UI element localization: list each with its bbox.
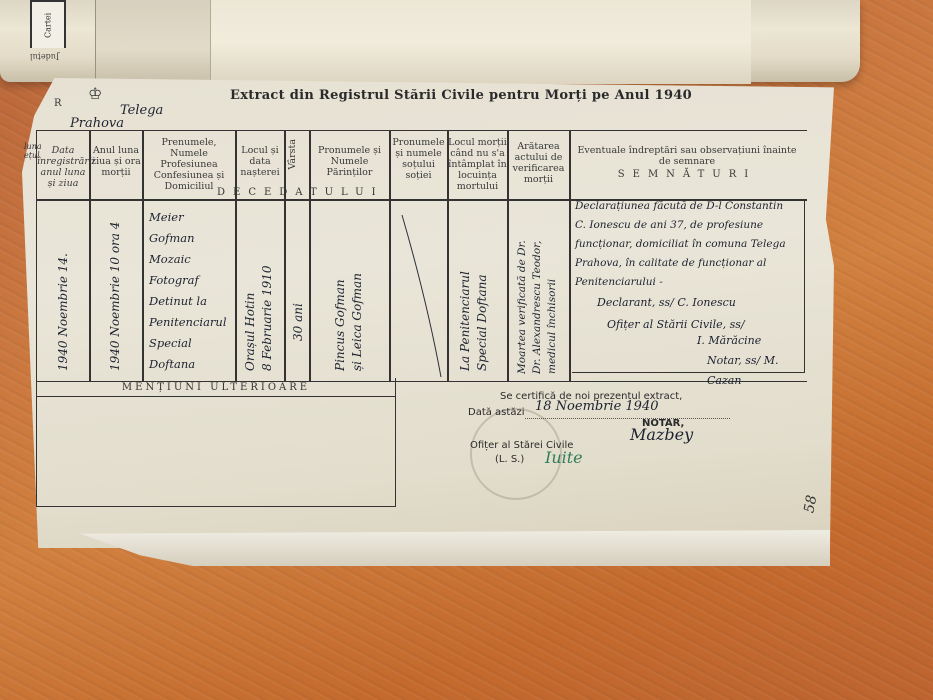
date-dotted-line xyxy=(525,418,730,419)
coat-of-arms-icon: ♔ xyxy=(88,84,102,103)
certification-date-label: Dată astăzi xyxy=(468,407,524,418)
col-header-observations: Eventuale îndreptări sau observațiuni în… xyxy=(577,145,797,167)
col-header-age: Vârsta xyxy=(287,139,298,170)
entry-death-verification: Moartea verificată de Dr. Dr. Alexandres… xyxy=(515,209,560,374)
col-header-name-profession: Prenumele, Numele Profesiunea Confesiune… xyxy=(143,137,235,192)
notary-signature: Mazbey xyxy=(630,425,693,445)
county-value: Prahova xyxy=(70,116,124,131)
section-label-deceased: DECEDATULUI xyxy=(217,187,384,198)
rolled-top-page: Cartei Județul xyxy=(0,0,860,82)
col-header-birth: Locul și data nașterei xyxy=(236,145,284,178)
roll-label-judetul: Județul xyxy=(30,52,59,61)
seal-label: (L. S.) xyxy=(495,454,524,465)
col-header-death-place: Locul morții când nu s'a întâmplat în lo… xyxy=(448,137,507,192)
roll-segment xyxy=(210,0,751,84)
later-mentions-label: MENȚIUNI ULTERIOARE xyxy=(37,382,395,397)
col-header-registration-date: Data înregistrării anul luna și ziua xyxy=(37,145,89,189)
under-page-edge xyxy=(80,530,830,566)
roll-segment xyxy=(95,0,211,82)
officer-signature-green: Iuite xyxy=(545,448,583,468)
blank-strike-line xyxy=(397,211,447,381)
roll-label-box: Cartei xyxy=(30,0,66,48)
grid-line xyxy=(569,131,571,381)
entry-birth-place-date: Orașul Hotin 8 Februarie 1910 xyxy=(242,231,276,371)
entry-parents: Pincus Gofman și Leica Gofman xyxy=(332,211,366,371)
entry-age: 30 ani xyxy=(290,271,307,341)
col-header-spouse: Pronumele și numele soțului soției xyxy=(390,137,447,181)
col-header-verification: Arătarea actului de verificarea morții xyxy=(508,141,569,185)
grid-line xyxy=(284,131,286,381)
entry-registration-date: 1940 Noembrie 14. xyxy=(55,231,72,371)
certification-date-value: 18 Noembrie 1940 xyxy=(535,397,659,417)
commune-value: Telega xyxy=(120,103,163,118)
observations-box xyxy=(572,200,805,373)
page-number: 58 xyxy=(801,494,820,514)
signatures-label: SEMNĂTURI xyxy=(577,169,797,180)
col-header-parents: Pronumele și Numele Părinților xyxy=(310,145,389,178)
header-row-label: R xyxy=(54,98,62,109)
later-mentions-box: MENȚIUNI ULTERIOARE xyxy=(36,378,396,507)
entry-death-date: 1940 Noembrie 10 ora 4 xyxy=(107,211,124,371)
entry-name-profession: Meier Gofman Mozaic Fotograf Detinut la … xyxy=(149,207,239,375)
col-header-death-date: Anul luna ziua și ora morții xyxy=(90,145,142,178)
document-title: Extract din Registrul Stării Civile pent… xyxy=(230,88,692,103)
entry-death-place: La Penitenciarul Special Doftana xyxy=(457,231,491,371)
